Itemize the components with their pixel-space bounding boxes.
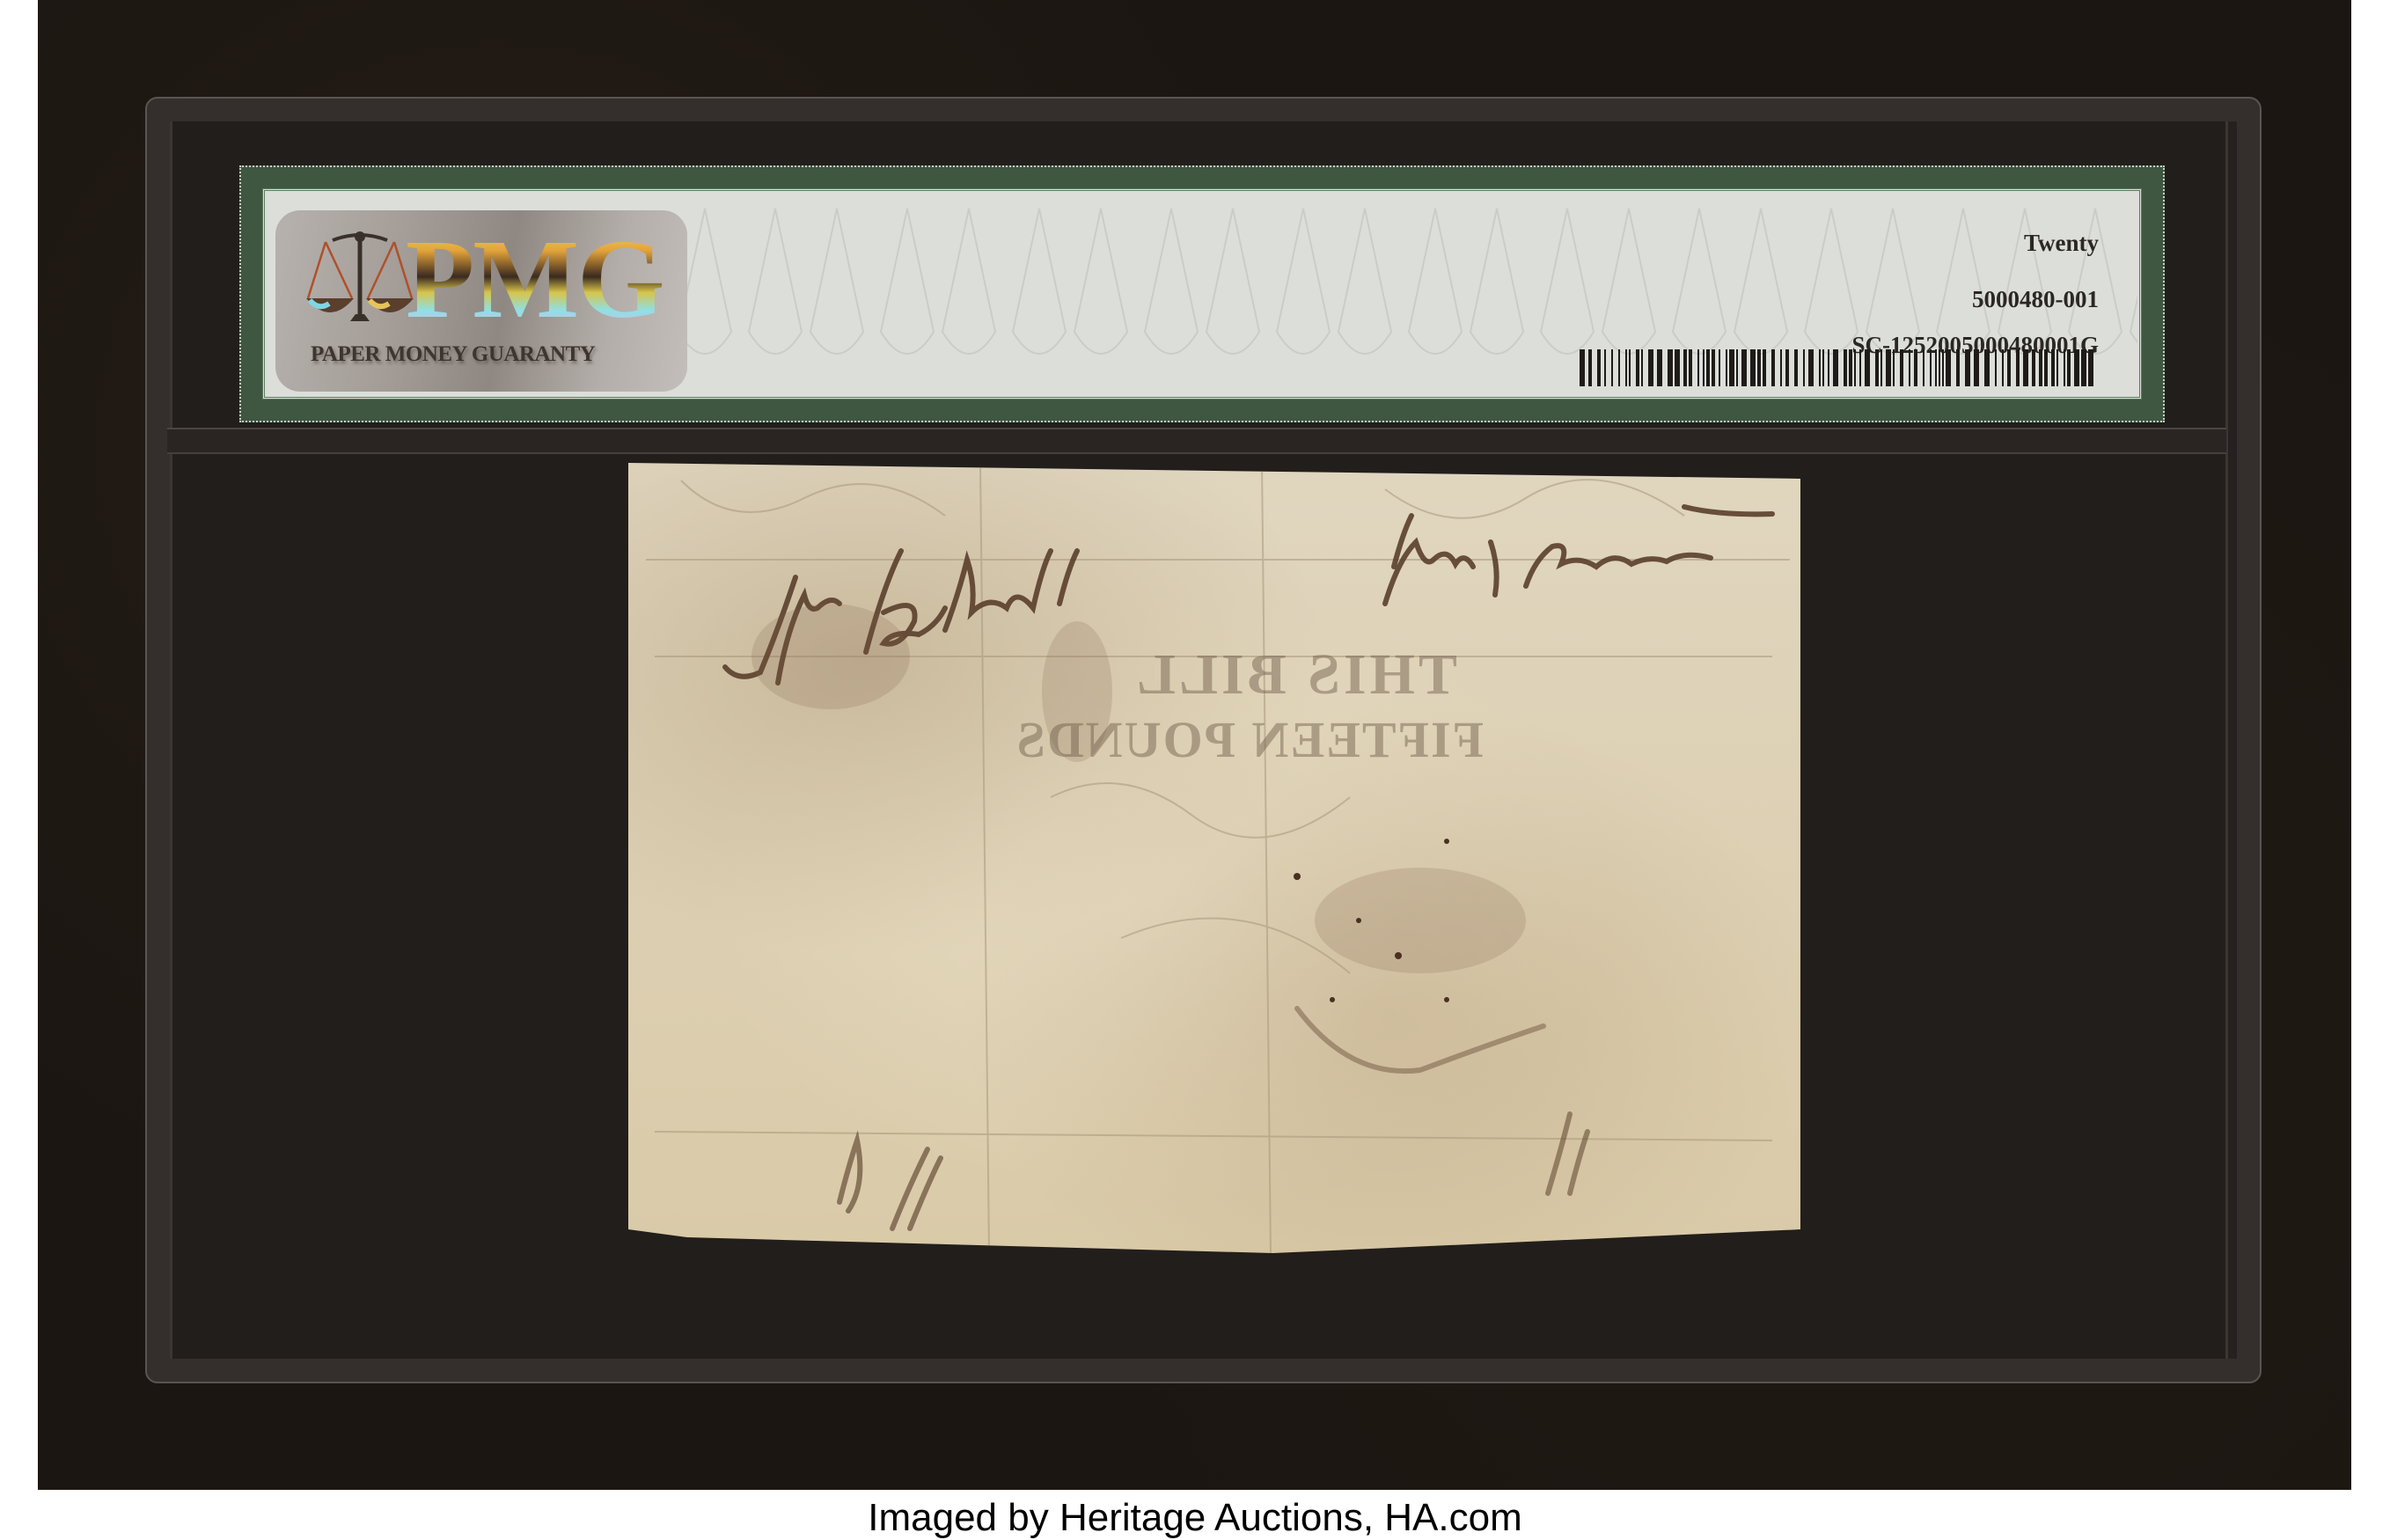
scales-of-justice-icon [306,230,414,326]
pmg-grading-label: PMG PAPER MONEY GUARANTY Twenty 5000480-… [239,165,2165,422]
certification-number: 5000480-001 [1972,286,2099,313]
denomination: Twenty [2024,230,2099,257]
svg-text:THIS BILL: THIS BILL [1133,642,1457,707]
note-markings: THIS BILL FIFTEEN POUNDS [628,463,1800,1253]
pmg-hologram: PMG PAPER MONEY GUARANTY [275,210,687,392]
image-credit-caption: Imaged by Heritage Auctions, HA.com [0,1496,2390,1540]
pmg-tagline: PAPER MONEY GUARANTY [311,342,595,367]
banknote-reverse: THIS BILL FIFTEEN POUNDS [628,463,1800,1253]
barcode-icon [1580,349,2099,386]
pmg-logo-text: PMG [406,223,663,335]
label-paper: PMG PAPER MONEY GUARANTY Twenty 5000480-… [262,188,2142,400]
holder-seam [167,428,2226,454]
